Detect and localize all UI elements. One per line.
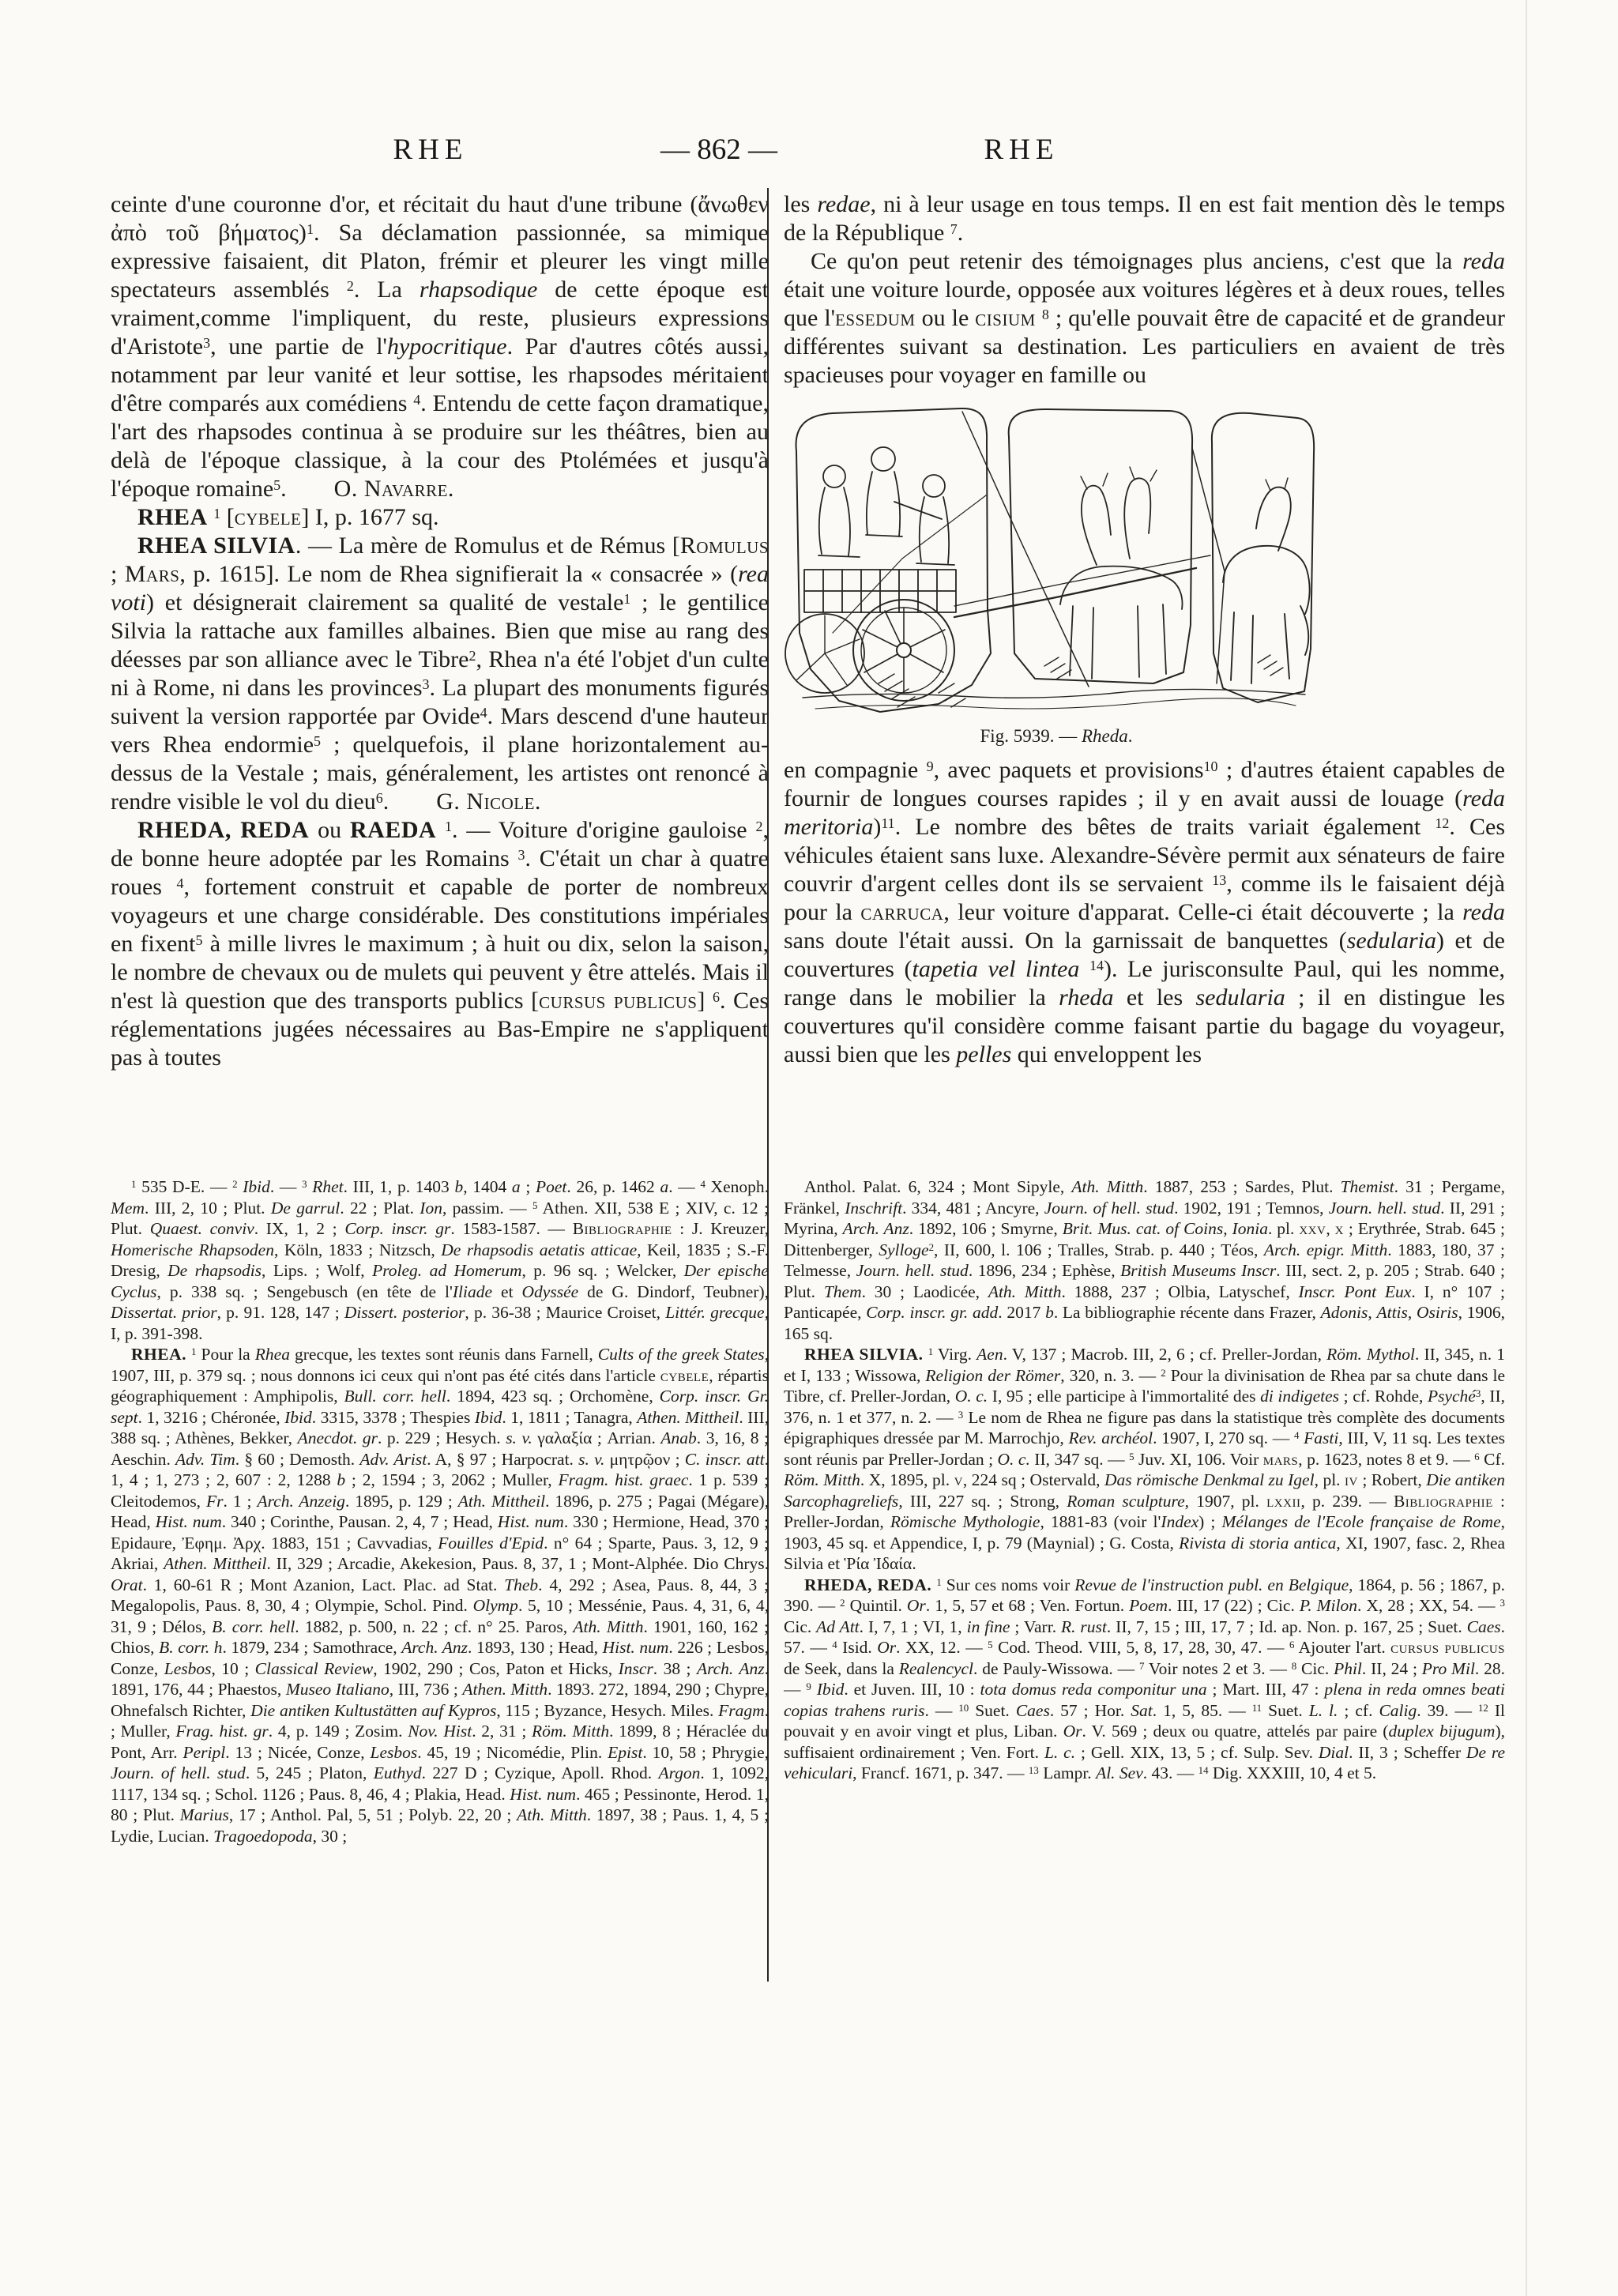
footnote-block: Anthol. Palat. 6, 324 ; Mont Sipyle, Ath… [784, 1176, 1505, 1344]
footnotes-right: Anthol. Palat. 6, 324 ; Mont Sipyle, Ath… [784, 1176, 1505, 2018]
right-column-bottom-text: en compagnie 9, avec paquets et provisio… [784, 756, 1505, 1069]
figure-caption: Fig. 5939. — Rheda. [784, 725, 1329, 748]
left-column-text: ceinte d'une couronne d'or, et récitait … [111, 190, 769, 1172]
paragraph: RHEA SILVIA. — La mère de Romulus et de … [111, 532, 769, 816]
paragraph: en compagnie 9, avec paquets et provisio… [784, 756, 1505, 1069]
wheels-group [785, 600, 954, 701]
paragraph: les redae, ni à leur usage en tous temps… [784, 190, 1505, 247]
page-edge-scan-line [1526, 0, 1527, 2296]
footnote-block: 1 535 D-E. — 2 Ibid. — 3 Rhet. III, 1, p… [111, 1176, 769, 1344]
right-column-top-text: les redae, ni à leur usage en tous temps… [784, 190, 1505, 390]
rheda-figure: Fig. 5939. — Rheda. [784, 402, 1329, 748]
paragraph: ceinte d'une couronne d'or, et récitait … [111, 190, 769, 503]
scanned-dictionary-page: RHE — 862 — RHE ceinte d'une couronne d'… [0, 0, 1618, 2296]
relief-slabs [796, 408, 1315, 712]
footnote-block: RHEDA, REDA. 1 Sur ces noms voir Revue d… [784, 1575, 1505, 1784]
paragraph: RHEDA, REDA ou RAEDA 1. — Voiture d'orig… [111, 816, 769, 1072]
page-number: — 862 — [660, 133, 777, 167]
paragraph: RHEA 1 [cybele] I, p. 1677 sq. [111, 503, 769, 532]
ground-group [803, 655, 1305, 709]
running-title-left: RHE [393, 133, 468, 167]
right-column-text: les redae, ni à leur usage en tous temps… [784, 190, 1505, 1172]
paragraph: Ce qu'on peut retenir des témoignages pl… [784, 247, 1505, 390]
horse-group [1223, 478, 1310, 683]
carriage-group [804, 555, 1210, 617]
footnote-block: RHEA SILVIA. 1 Virg. Aen. V, 137 ; Macro… [784, 1344, 1505, 1575]
rheda-relief-drawing [784, 402, 1329, 718]
running-title-right: RHE [984, 133, 1059, 167]
passengers-group [818, 447, 954, 565]
footnote-block: RHEA. 1 Pour la Rhea grecque, les textes… [111, 1344, 769, 1846]
footnotes-left: 1 535 D-E. — 2 Ibid. — 3 Rhet. III, 1, p… [111, 1176, 769, 2018]
